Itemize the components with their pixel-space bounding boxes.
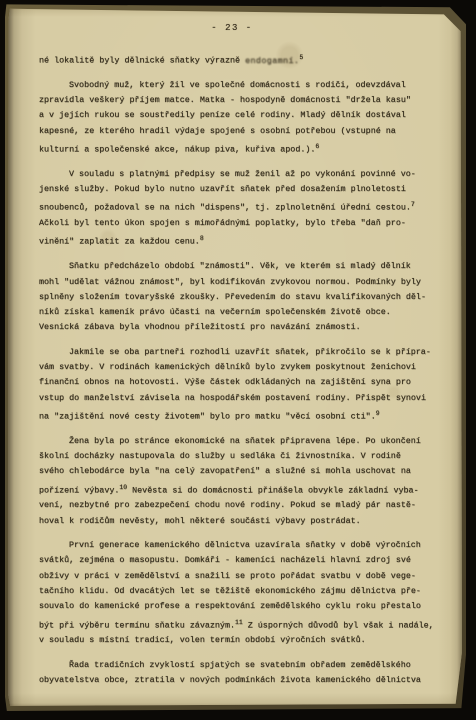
footnote-reference: 8 (200, 235, 204, 242)
text-line: na "zajištění nové cesty životem" bylo p… (39, 406, 443, 425)
text-span: vinění" zaplatit za každou cenu. (39, 237, 200, 247)
paragraph: Svobodný muž, který žil ve společné domá… (39, 78, 443, 158)
footnote-reference: 5 (299, 54, 303, 61)
text-line: Vesnická zábava byla vhodnou příležitost… (39, 320, 443, 335)
smudged-word: endogamní. (245, 56, 299, 66)
text-line: souvalo do kamenické profese a respektov… (39, 599, 443, 614)
text-line: Ačkoli byl tento úkon spojen s mimořádný… (39, 216, 443, 231)
text-line: Žena byla po stránce ekonomické na sňate… (39, 434, 443, 449)
text-line: vinění" zaplatit za každou cenu.8 (39, 231, 443, 250)
text-line: kapesné, ze kterého hradil výdaje spojen… (39, 124, 443, 139)
text-line: zpravidla veškerý příjem matce. Matka - … (39, 93, 443, 108)
paragraph: První generace kamenického dělnictva uza… (39, 538, 443, 649)
text-line: vám svatby. V rodinách kamenických dělní… (39, 360, 443, 375)
text-line: a v jejích rukou se soustředily peníze c… (39, 108, 443, 123)
text-line: finanční obnos na hotovosti. Výše částek… (39, 375, 443, 390)
footnote-reference: 9 (376, 410, 380, 417)
scanned-page: - 23 - né lokalitě byly dělnické sňatky … (8, 6, 462, 708)
text-line: tačního klidu. Od dvacátých let se těžiš… (39, 584, 443, 599)
paragraph: Sňatku předcházelo období "známosti". Vě… (39, 259, 443, 335)
text-line: mohl "udělat vážnou známost", byl kodifi… (39, 275, 443, 290)
text-line: Sňatku předcházelo období "známosti". Vě… (39, 259, 443, 274)
text-line: Jakmile se oba partneři rozhodli uzavřít… (39, 345, 443, 360)
paragraph: Žena byla po stránce ekonomické na sňate… (39, 434, 443, 529)
paragraph: V souladu s platnými předpisy se muž žen… (39, 167, 443, 250)
text-line: splněny složením tovaryšské zkoušky. Pře… (39, 290, 443, 305)
text-line: svátků, zejména o masopustu. Domkáři - k… (39, 553, 443, 568)
paragraph: né lokalitě byly dělnické sňatky výrazně… (39, 50, 443, 69)
text-span: Nevěsta si do domácnosti přinášela obvyk… (127, 485, 419, 495)
footnote-reference: 10 (119, 484, 127, 491)
text-span: na "zajištění nové cesty životem" bylo p… (39, 411, 376, 421)
footnote-reference: 6 (315, 143, 319, 150)
text-span: Z úsporných důvodů byl však i nadále, (243, 620, 434, 630)
text-line: kulturní a společenské akce, nákup piva,… (39, 139, 443, 158)
text-line: svého chlebodárce byla "na celý zavopatř… (39, 464, 443, 479)
text-line: Svobodný muž, který žil ve společné domá… (39, 78, 443, 93)
text-line: obživy v práci v zemědělství a snažili s… (39, 569, 443, 584)
text-line: První generace kamenického dělnictva uza… (39, 538, 443, 553)
footnote-reference: 11 (235, 619, 243, 626)
text-line: obyvatelstva obce, ztratila v nových pod… (39, 673, 443, 688)
text-span: né lokalitě byly dělnické sňatky výrazně (39, 56, 245, 66)
text-line: níků získal kameník právo účasti na veče… (39, 305, 443, 320)
text-line: V souladu s platnými předpisy se muž žen… (39, 167, 443, 182)
text-line: vstup do manželství závisela na hospodář… (39, 391, 443, 406)
paragraph: Jakmile se oba partneři rozhodli uzavřít… (39, 345, 443, 425)
text-span: pořízení výbavy. (39, 485, 119, 495)
text-line: pořízení výbavy.10 Nevěsta si do domácno… (39, 480, 443, 499)
footnote-reference: 7 (411, 201, 415, 208)
text-line: né lokalitě byly dělnické sňatky výrazně… (39, 50, 443, 69)
text-line: vení, nezbytné pro zabezpečení chodu nov… (39, 498, 443, 513)
text-line: být při výběru termínu sňatku závazným.1… (39, 615, 443, 634)
text-line: jenské služby. Pokud bylo nutno uzavřít … (39, 182, 443, 197)
text-span: snoubenců, požadoval se na nich "dispens… (39, 203, 411, 213)
text-line: školní docházky nastupovala do služby u … (39, 449, 443, 464)
stray-mark: .. (100, 661, 112, 670)
text-line: snoubenců, požadoval se na nich "dispens… (39, 197, 443, 216)
page-number: - 23 - (8, 23, 456, 33)
text-span: kulturní a společenské akce, nákup piva,… (39, 144, 315, 154)
text-line: v souladu s místní tradicí, volen termín… (39, 633, 443, 648)
text-line: hoval k rodičům nevěsty, mohl některé so… (39, 514, 443, 529)
text-block: né lokalitě byly dělnické sňatky výrazně… (39, 50, 443, 688)
text-span: být při výběru termínu sňatku závazným. (39, 620, 235, 630)
